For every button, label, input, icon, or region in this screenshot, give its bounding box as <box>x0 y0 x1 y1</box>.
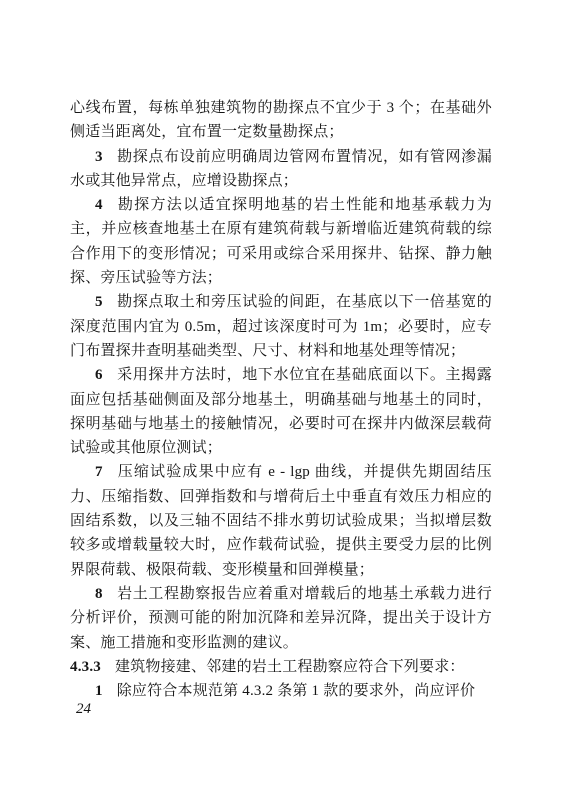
document-page: 心线布置，每栋单独建筑物的勘探点不宜少于 3 个；在基础外侧适当距离处，宜布置一… <box>0 0 561 804</box>
item-text: 勘探点取土和旁压试验的间距，在基底以下一倍基宽的深度范围内宜为 0.5m，超过该… <box>70 294 492 359</box>
document-text-block: 心线布置，每栋单独建筑物的勘探点不宜少于 3 个；在基础外侧适当距离处，宜布置一… <box>70 96 492 703</box>
item-number: 3 <box>95 149 103 165</box>
item-number: 6 <box>95 367 103 383</box>
item-text: 勘探方法以适宜探明地基的岩土性能和地基承载力为主，并应核查地基土在原有建筑荷载与… <box>70 197 492 286</box>
item-text: 压缩试验成果中应有 e - lgp 曲线，并提供先期固结压力、压缩指数、回弹指数… <box>70 464 492 577</box>
item-text: 建筑物接建、邻建的岩土工程勘察应符合下列要求： <box>115 659 465 675</box>
numbered-item-3: 3勘探点布设前应明确周边管网布置情况，如有管网渗漏水或其他异常点，应增设勘探点； <box>70 145 492 194</box>
item-text: 岩土工程勘察报告应着重对增载后的地基土承载力进行分析评价，预测可能的附加沉降和差… <box>70 586 492 651</box>
item-number: 8 <box>95 586 103 602</box>
item-text: 除应符合本规范第 4.3.2 条第 1 款的要求外，尚应评价 <box>117 683 476 699</box>
item-number: 7 <box>95 464 103 480</box>
section-heading-4-3-3: 4.3.3建筑物接建、邻建的岩土工程勘察应符合下列要求： <box>70 655 492 679</box>
item-number: 4 <box>95 197 103 213</box>
numbered-item-5: 5勘探点取土和旁压试验的间距，在基底以下一倍基宽的深度范围内宜为 0.5m，超过… <box>70 290 492 363</box>
numbered-item-4: 4勘探方法以适宜探明地基的岩土性能和地基承载力为主，并应核查地基土在原有建筑荷载… <box>70 193 492 290</box>
item-text: 采用探井方法时，地下水位宜在基础底面以下。主揭露面应包括基础侧面及部分地基土，明… <box>70 367 492 456</box>
numbered-item-1: 1除应符合本规范第 4.3.2 条第 1 款的要求外，尚应评价 <box>70 679 492 703</box>
page-number: 24 <box>76 699 91 719</box>
numbered-item-8: 8岩土工程勘察报告应着重对增载后的地基土承载力进行分析评价，预测可能的附加沉降和… <box>70 582 492 655</box>
item-text: 心线布置，每栋单独建筑物的勘探点不宜少于 3 个；在基础外侧适当距离处，宜布置一… <box>70 100 492 140</box>
paragraph-continuation: 心线布置，每栋单独建筑物的勘探点不宜少于 3 个；在基础外侧适当距离处，宜布置一… <box>70 96 492 145</box>
item-text: 勘探点布设前应明确周边管网布置情况，如有管网渗漏水或其他异常点，应增设勘探点； <box>70 149 492 189</box>
item-number: 4.3.3 <box>70 659 101 675</box>
numbered-item-6: 6采用探井方法时，地下水位宜在基础底面以下。主揭露面应包括基础侧面及部分地基土，… <box>70 363 492 460</box>
numbered-item-7: 7压缩试验成果中应有 e - lgp 曲线，并提供先期固结压力、压缩指数、回弹指… <box>70 460 492 581</box>
item-number: 5 <box>95 294 103 310</box>
item-number: 1 <box>95 683 103 699</box>
